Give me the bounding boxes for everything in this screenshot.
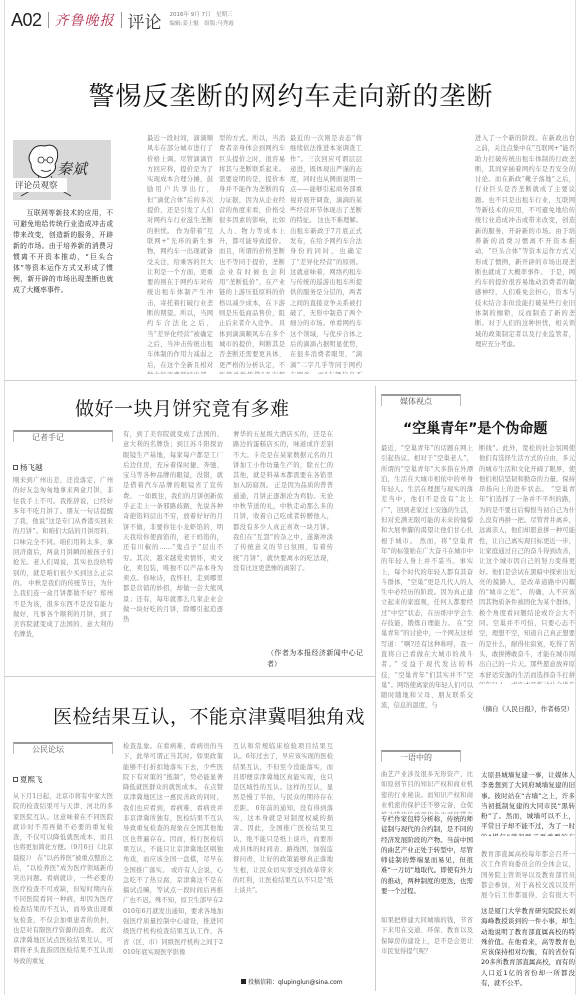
divider xyxy=(121,12,122,28)
brief-tag: 一语中的 xyxy=(381,750,461,762)
lead-column-4: 进入了一个新的阶段。在新政出台之前，关注点集中在“互联网+”能否助力打破传统出租… xyxy=(475,134,575,374)
brief-1-intro: 曲艺产业涉及很多无形资产，比如原创节目的知识产权和商业机密的行业秘诀。而知识产权… xyxy=(381,770,473,814)
lead-summary: 互联网等新技术的应用，不可避免地给传统行业造成冲击或带来改变，创造新的服务，开辟… xyxy=(13,208,113,338)
byline-marker-icon xyxy=(13,777,18,782)
byline-marker-icon xyxy=(13,465,18,470)
mooncake-column-3: 奢华的五星级大酒店买的，还是在路边的蛋糕店买的，味道或许差别不大。卡壳是在某家数… xyxy=(233,430,333,640)
paper-logo: 齐鲁晚报 xyxy=(55,10,115,30)
author-name: 夏熙飞 xyxy=(20,774,43,785)
lead-column-3: 最近的一次则是表态“将继续依法推进本案调查工作”。三次回应可谓层层递进，既体现出… xyxy=(290,134,362,374)
author-name: 杨飞越 xyxy=(20,462,43,473)
mooncake-column-2: 有，到了美容院就变成了法国的、意大利的名牌货；到江苏斗阳探访眼镜生产基地，每家每… xyxy=(123,430,223,646)
mooncake-column-1: 刚来到广州出差，还没落定，广州的好友急匆匆地拿来两盒月饼，非往我手上不可。我推辞… xyxy=(13,476,113,646)
section-divider xyxy=(5,380,577,381)
divider xyxy=(48,12,49,28)
lead-column-3b xyxy=(367,134,433,374)
lead-headline: 警惕反垄断的网约车走向新的垄断 xyxy=(5,76,577,113)
youth-column-2: 断线”。此外，宽松的社会氛围使他们有选择生活方式的自由，多元的城市生活和文化开阔… xyxy=(479,444,575,684)
page-number: A02 xyxy=(11,10,42,31)
youth-source-note: （摘自《人民日报》，作者杨昊） xyxy=(479,704,575,728)
mooncake-headline: 做好一块月饼究竟有多难 xyxy=(75,394,290,421)
mooncake-author-note: （作者为本报经济新闻中心记者） xyxy=(267,648,363,672)
section-divider xyxy=(5,676,375,677)
newspaper-page: A02 齐鲁晚报 评论 2016年 9月 7日 星期三 编辑:姜士魁 组版:马秀… xyxy=(4,0,576,995)
bullet-icon xyxy=(241,979,246,984)
header-meta: 2016年 9月 7日 星期三 编辑:姜士魁 组版:马秀霞 xyxy=(170,11,234,29)
brief-3-intro: 教育部直属高校每年都会召开一次工作咨询委员会的全体会议，国务院主管领导以及教育部… xyxy=(481,850,575,900)
lead-column-2: 型的方式。所以，当消费者亲身体会到网约车巨头提价之时，很容易将其与垄断联系起来。… xyxy=(219,134,285,374)
mooncake-tag: 记者手记 xyxy=(13,430,113,442)
brief-2-quote: 太原县城墙复建一事，让媒体人李勇想到了大同府城墙复建的旧事。彼时站在“古墙”之上… xyxy=(481,770,575,836)
brief-1-quote: 专栏作家包特分析称，传统的师徒制与现代的合约制，是不同的经济发展阶段的产物。当前… xyxy=(381,814,473,910)
medical-column-3: 互认和常规临床检验项目结果互认。6年过去了，早应该实现的医检结果互认，不但至今没… xyxy=(233,742,333,972)
medical-column-1: 从下月1日起，北京市将有中家大医院的检查结果可与天津、河北的多家医院互认。这意味… xyxy=(13,792,113,988)
medical-headline: 医检结果互认，不能京津冀唱独角戏 xyxy=(53,702,365,729)
editors: 编辑:姜士魁 组版:马秀霞 xyxy=(170,20,234,29)
mooncake-byline: 杨飞越 xyxy=(13,462,43,473)
column-label: 评论员观察 xyxy=(13,178,67,192)
contact-email[interactable]: 投稿信箱：qlupinglun@sina.com xyxy=(248,977,343,986)
column-divider xyxy=(375,386,376,991)
issue-date: 2016年 9月 7日 星期三 xyxy=(170,11,234,20)
youth-headline: “空巢青年”是个伪命题 xyxy=(403,418,547,438)
submission-contact: 投稿信箱：qlupinglun@sina.com xyxy=(241,977,343,986)
youth-column-1: 最近，“空巢青年”的话题在网上引起热议。相对于“空巢老人”，所谓的“空巢青年”大… xyxy=(381,444,473,744)
medical-column-2: 检查乱象。在看病难、看病贵的当下，此举可谓正当其时。如果政策能够不打折扣地落实下… xyxy=(123,742,223,988)
columnist-signature: 秦斌 xyxy=(57,158,87,179)
page-header: A02 齐鲁晚报 评论 2016年 9月 7日 星期三 编辑:姜士魁 组版:马秀… xyxy=(11,8,234,32)
brief-2-intro: 如果把修建大同城墙的钱，节省下来用在交通、环保、教育以及保障房的建设上，是不是会… xyxy=(381,916,473,958)
section-title: 评论 xyxy=(128,8,162,33)
brief-3-quote: 这是厦门大学教育研究院院长刘海峰教授谈到的一件小事，却生动地说明了教育部直属高校… xyxy=(481,906,575,988)
youth-tag: 媒体视点 xyxy=(381,394,461,406)
lead-column-1: 最近一段时间，滴滴顺风车在部分城市进行了价格上调。尽管滴滴官方回应称，提价是为了… xyxy=(147,134,213,374)
medical-byline: 夏熙飞 xyxy=(13,774,43,785)
medical-tag: 公民论坛 xyxy=(13,742,113,754)
